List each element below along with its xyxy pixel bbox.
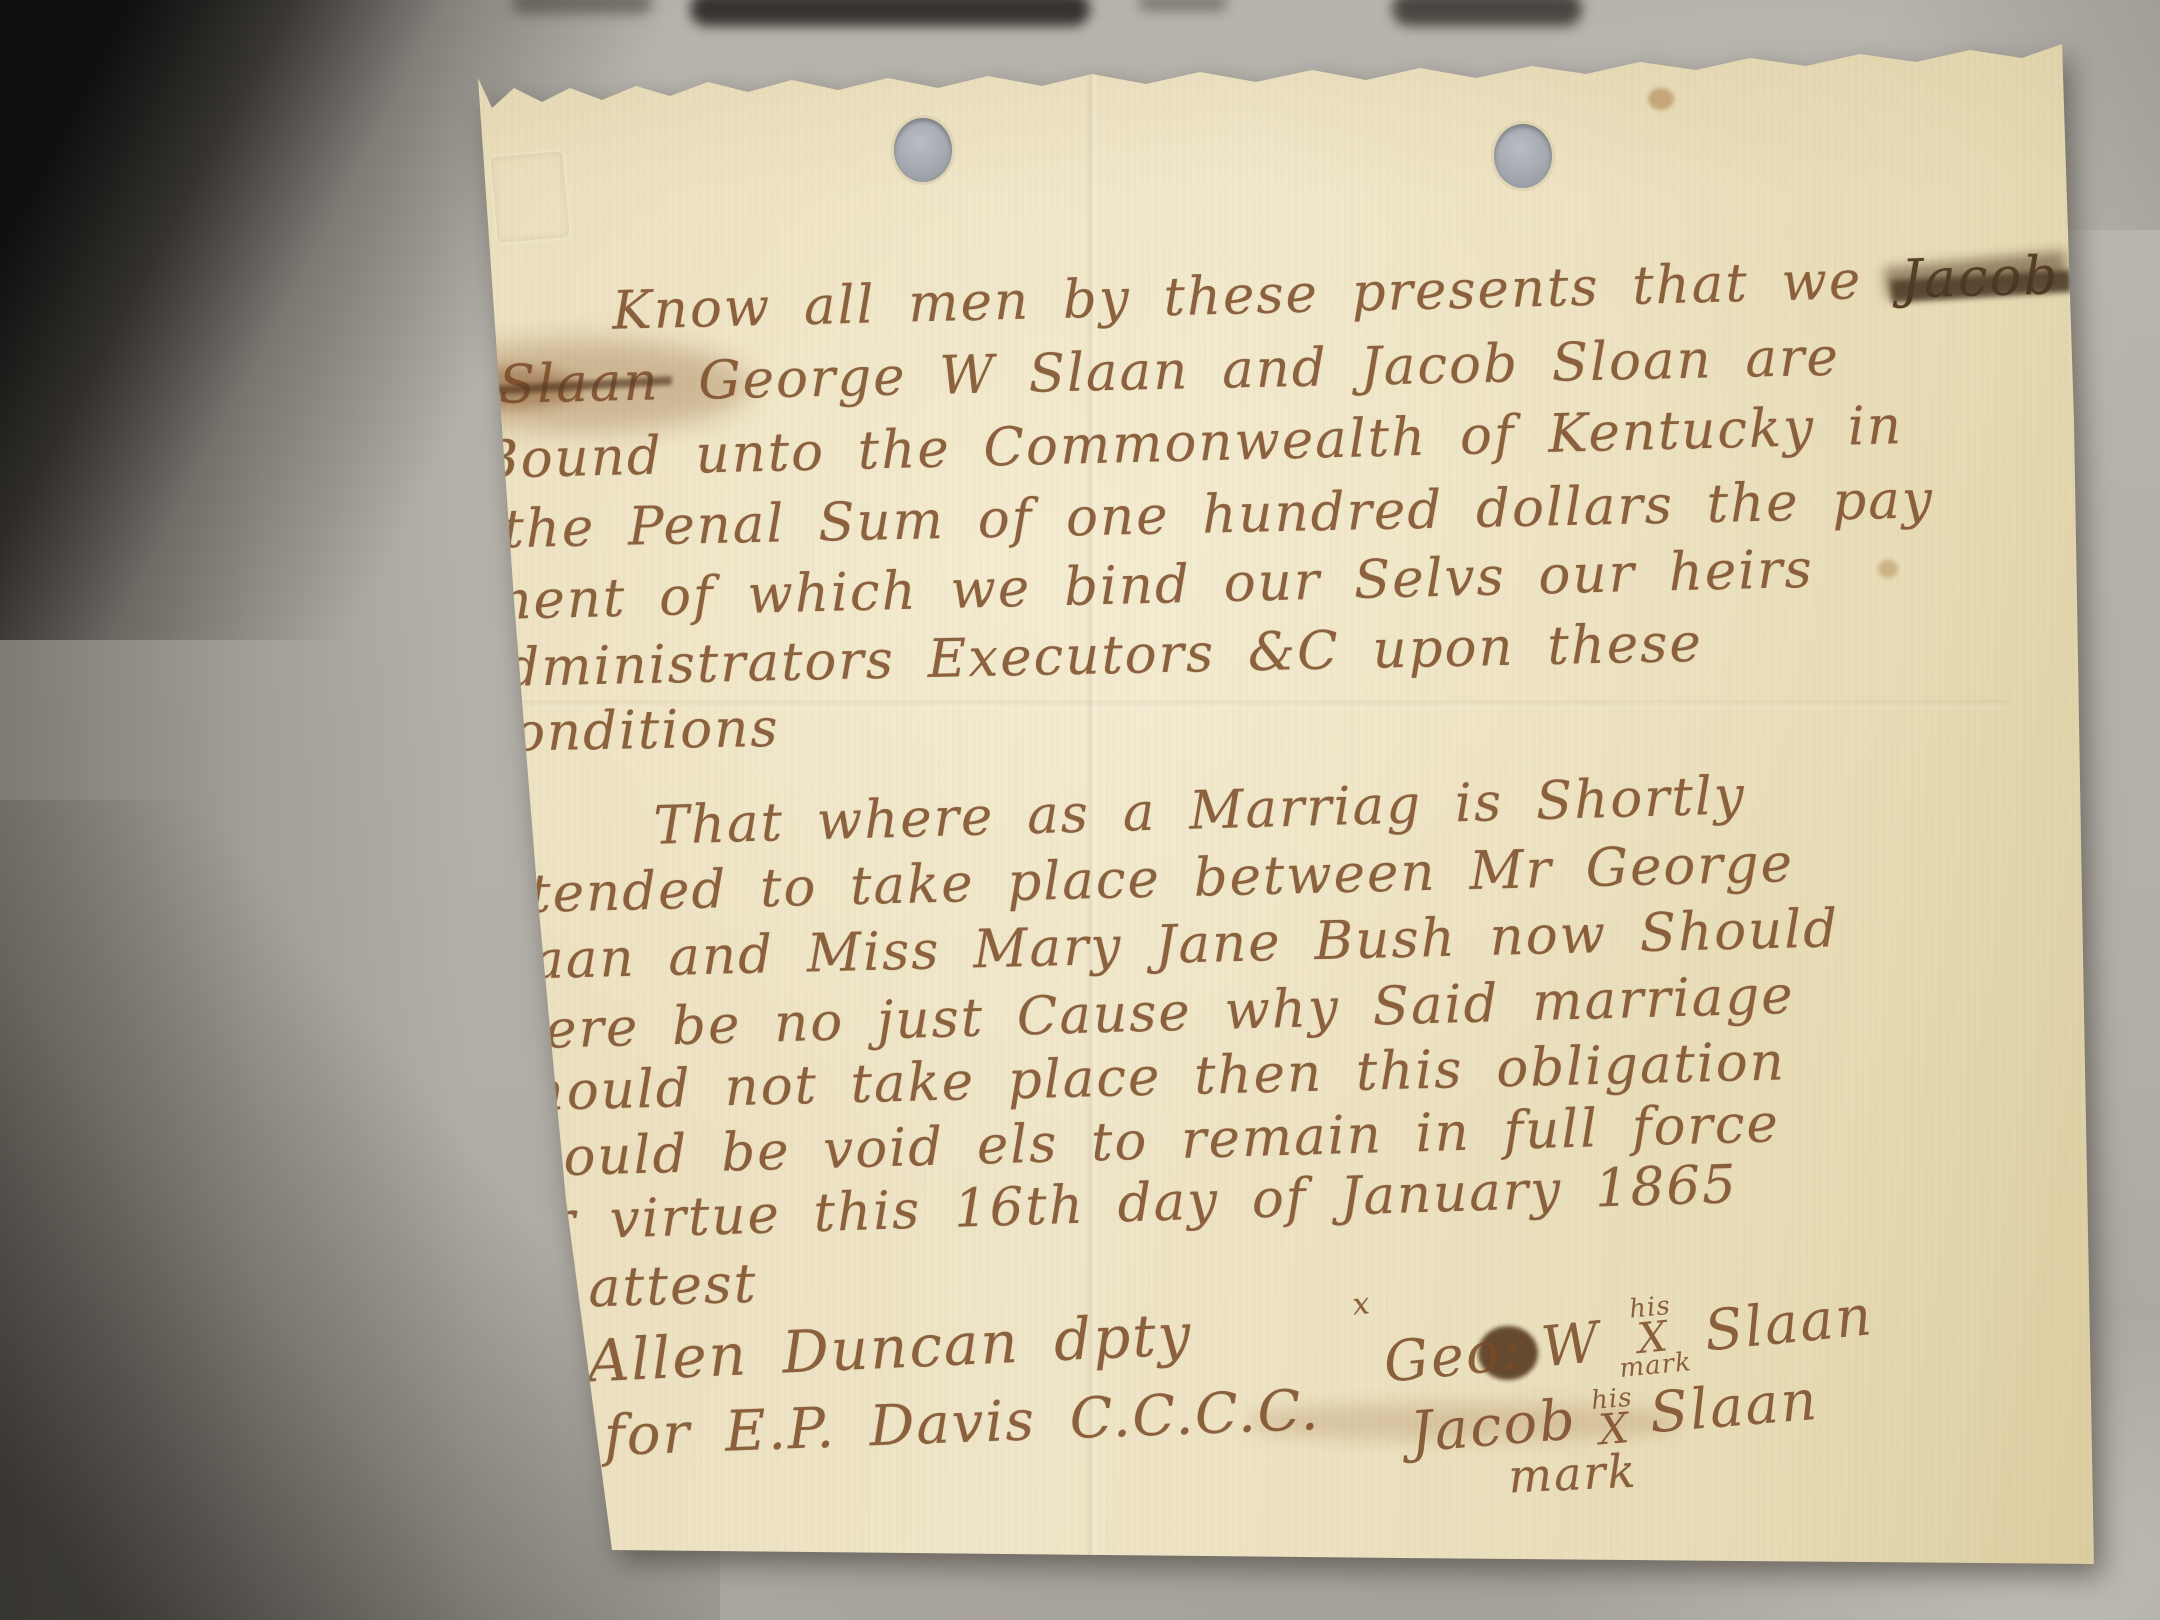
line-text: attest (587, 1252, 758, 1320)
document-line: attest (587, 1252, 758, 1320)
his-x-mark-stack: his X mark (1613, 1292, 1693, 1382)
his-x-mark-stack: his X (1590, 1386, 1636, 1447)
document-line: Conditions (470, 698, 780, 764)
struck-out-word: Slaan (492, 351, 666, 416)
mark-word: mark (1507, 1444, 1638, 1504)
struck-out-word: Jacob (1894, 245, 2066, 310)
stray-x-mark: x (1351, 1286, 1373, 1323)
attestor-office: for E.P. Davis C.C.C.C. (603, 1378, 1322, 1469)
line-text: Know all men by these presents that we (611, 250, 1862, 342)
document-paper: x Geo: W his X mark Slaan Jacob his X (0, 0, 2160, 1620)
line-text: George W Slaan and Jacob Sloan are (698, 327, 1841, 412)
document-line: Know all men by these presents that we J… (611, 245, 2066, 341)
paper-sheet-wrap: x Geo: W his X mark Slaan Jacob his X (0, 0, 2160, 1620)
mark-label: mark (1618, 1350, 1692, 1382)
signature-surname: Slaan (1647, 1368, 1821, 1446)
line-text: Conditions (470, 698, 780, 764)
photo-of-document: x Geo: W his X mark Slaan Jacob his X (0, 0, 2160, 1620)
x-mark: X (1597, 1411, 1631, 1447)
ink-stain (466, 1342, 524, 1382)
signature-given-name: Geo: W (1381, 1310, 1604, 1396)
handwritten-text-block: x Geo: W his X mark Slaan Jacob his X (0, 0, 2160, 1620)
signature-surname: Slaan (1702, 1283, 1877, 1364)
